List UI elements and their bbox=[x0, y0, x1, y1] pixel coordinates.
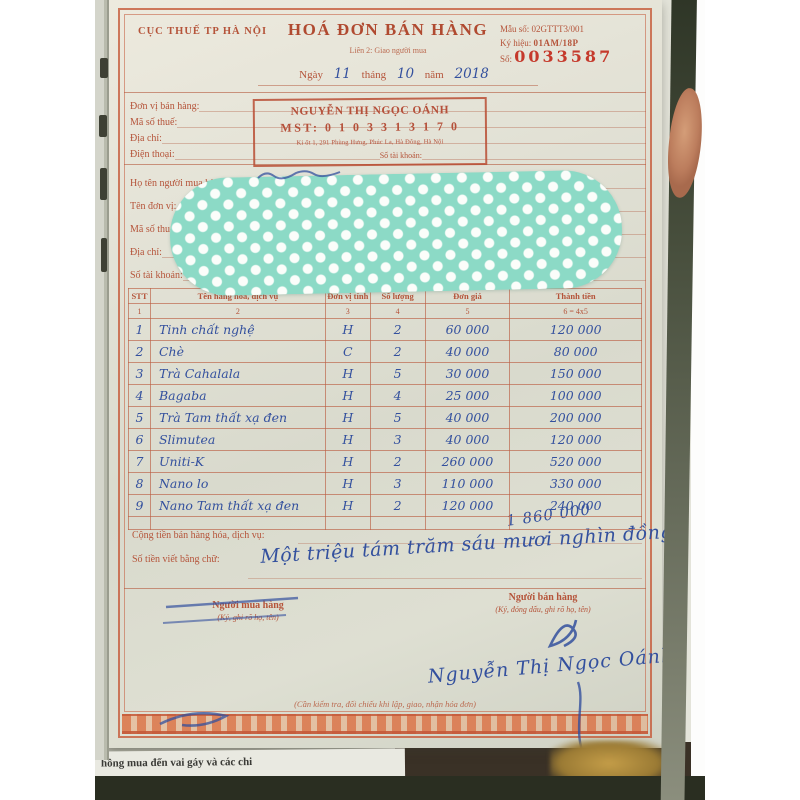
seller-signature-title: Người bán hàng bbox=[433, 592, 653, 603]
invoice-number-value: 0033587 bbox=[514, 47, 613, 66]
table-row: 3 Trà Cahalala H 5 30 000 150 000 bbox=[129, 363, 642, 385]
underlying-paper-text: hông mua đến vai gáy và các chi bbox=[101, 756, 252, 770]
photo-canvas: CỤC THUẾ TP HÀ NỘI HOÁ ĐƠN BÁN HÀNG Liên… bbox=[0, 0, 800, 800]
buyer-signature-title: Người mua hàng bbox=[163, 600, 333, 611]
redaction-sticker bbox=[169, 169, 623, 296]
form-label: Mẫu số: bbox=[500, 24, 529, 34]
seller-address-label: Địa chỉ: bbox=[130, 133, 162, 144]
form-value: 02GTTT3/001 bbox=[532, 24, 585, 34]
paper-stack-left-edge bbox=[95, 0, 109, 760]
invoice-photo: CỤC THUẾ TP HÀ NỘI HOÁ ĐƠN BÁN HÀNG Liên… bbox=[95, 0, 705, 800]
table-row: 1 Tinh chất nghệ H 2 60 000 120 000 bbox=[129, 319, 642, 341]
date-day-label: Ngày bbox=[299, 69, 323, 81]
total-label: Cộng tiền bán hàng hóa, dịch vụ: bbox=[132, 530, 264, 541]
items-table: STT Tên hàng hóa, dịch vụ Đơn vị tính Số… bbox=[128, 288, 642, 530]
invoice-title: HOÁ ĐƠN BÁN HÀNG bbox=[258, 20, 518, 40]
buyer-unit-label: Tên đơn vị: bbox=[130, 201, 176, 212]
buyer-account-label: Số tài khoản: bbox=[130, 270, 183, 281]
table-row: 5 Trà Tam thất xạ đen H 5 40 000 200 000 bbox=[129, 407, 642, 429]
buyer-signature-subtitle: (Ký, ghi rõ họ, tên) bbox=[163, 613, 333, 622]
table-empty-row bbox=[129, 517, 642, 530]
totals-separator bbox=[124, 588, 646, 589]
seller-stamp: NGUYỄN THỊ NGỌC OÁNH MST: 0 1 0 3 3 1 3 … bbox=[253, 97, 488, 167]
table-row: 2 Chè C 2 40 000 80 000 bbox=[129, 341, 642, 363]
stamp-address: Ki ốt 1, 291 Phùng Hưng, Phúc La, Hà Đôn… bbox=[255, 138, 485, 147]
header-separator bbox=[124, 92, 646, 93]
date-year-value: 2018 bbox=[447, 66, 497, 82]
seller-phone-label: Điện thoại: bbox=[130, 149, 175, 160]
edge-mark bbox=[100, 168, 107, 200]
invoice-number-label: Số: bbox=[500, 54, 512, 64]
date-year-label: năm bbox=[425, 69, 444, 81]
invoice-meta-block: Mẫu số: 02GTTT3/001 Ký hiệu: 01AM/18P Số… bbox=[500, 22, 650, 66]
buyer-address-label: Địa chỉ: bbox=[130, 247, 162, 258]
table-row: 9 Nano Tam thất xạ đen H 2 120 000 240 0… bbox=[129, 495, 642, 517]
edge-mark bbox=[101, 238, 107, 272]
table-row: 8 Nano lo H 3 110 000 330 000 bbox=[129, 473, 642, 495]
form-number-line: Mẫu số: 02GTTT3/001 bbox=[500, 22, 650, 36]
footer-note: (Cần kiểm tra, đối chiếu khi lập, giao, … bbox=[148, 699, 622, 709]
buyer-signature-block: Người mua hàng (Ký, ghi rõ họ, tên) bbox=[163, 600, 333, 622]
decorative-bottom-border bbox=[122, 714, 648, 734]
col-stt: STT bbox=[129, 289, 151, 304]
invoice-copy-line: Liên 2: Giao người mua bbox=[258, 46, 518, 55]
stamp-tax-code: MST: 0 1 0 3 3 1 3 1 7 0 bbox=[255, 119, 485, 136]
table-row: 6 Slimutea H 3 40 000 120 000 bbox=[129, 429, 642, 451]
invoice-paper: CỤC THUẾ TP HÀ NỘI HOÁ ĐƠN BÁN HÀNG Liên… bbox=[108, 0, 662, 748]
edge-mark bbox=[100, 58, 108, 78]
seller-signature-block: Người bán hàng (Ký, đóng dấu, ghi rõ họ,… bbox=[433, 592, 653, 614]
invoice-number-line: Số: 0033587 bbox=[500, 50, 650, 66]
date-month-label: tháng bbox=[362, 69, 386, 81]
bottom-dark-band bbox=[95, 776, 705, 800]
invoice-date-line: Ngày 11 tháng 10 năm 2018 bbox=[258, 66, 538, 86]
edge-mark bbox=[99, 115, 107, 137]
amount-in-words-label: Số tiền viết bằng chữ: bbox=[132, 554, 220, 565]
date-day-value: 11 bbox=[326, 66, 359, 82]
col-amount: Thành tiền bbox=[510, 289, 642, 304]
ruled-line bbox=[248, 578, 642, 579]
table-row: 7 Uniti-K H 2 260 000 520 000 bbox=[129, 451, 642, 473]
table-row: 4 Bagaba H 4 25 000 100 000 bbox=[129, 385, 642, 407]
tax-office-name: CỤC THUẾ TP HÀ NỘI bbox=[138, 26, 267, 37]
stamp-name: NGUYỄN THỊ NGỌC OÁNH bbox=[255, 104, 485, 118]
seller-signature-subtitle: (Ký, đóng dấu, ghi rõ họ, tên) bbox=[433, 605, 653, 614]
seller-tax-label: Mã số thuế: bbox=[130, 117, 177, 128]
seller-unit-label: Đơn vị bán hàng: bbox=[130, 101, 199, 112]
date-month-value: 10 bbox=[389, 66, 422, 82]
table-subheader-row: 1 2 3 4 5 6 = 4x5 bbox=[129, 304, 642, 319]
